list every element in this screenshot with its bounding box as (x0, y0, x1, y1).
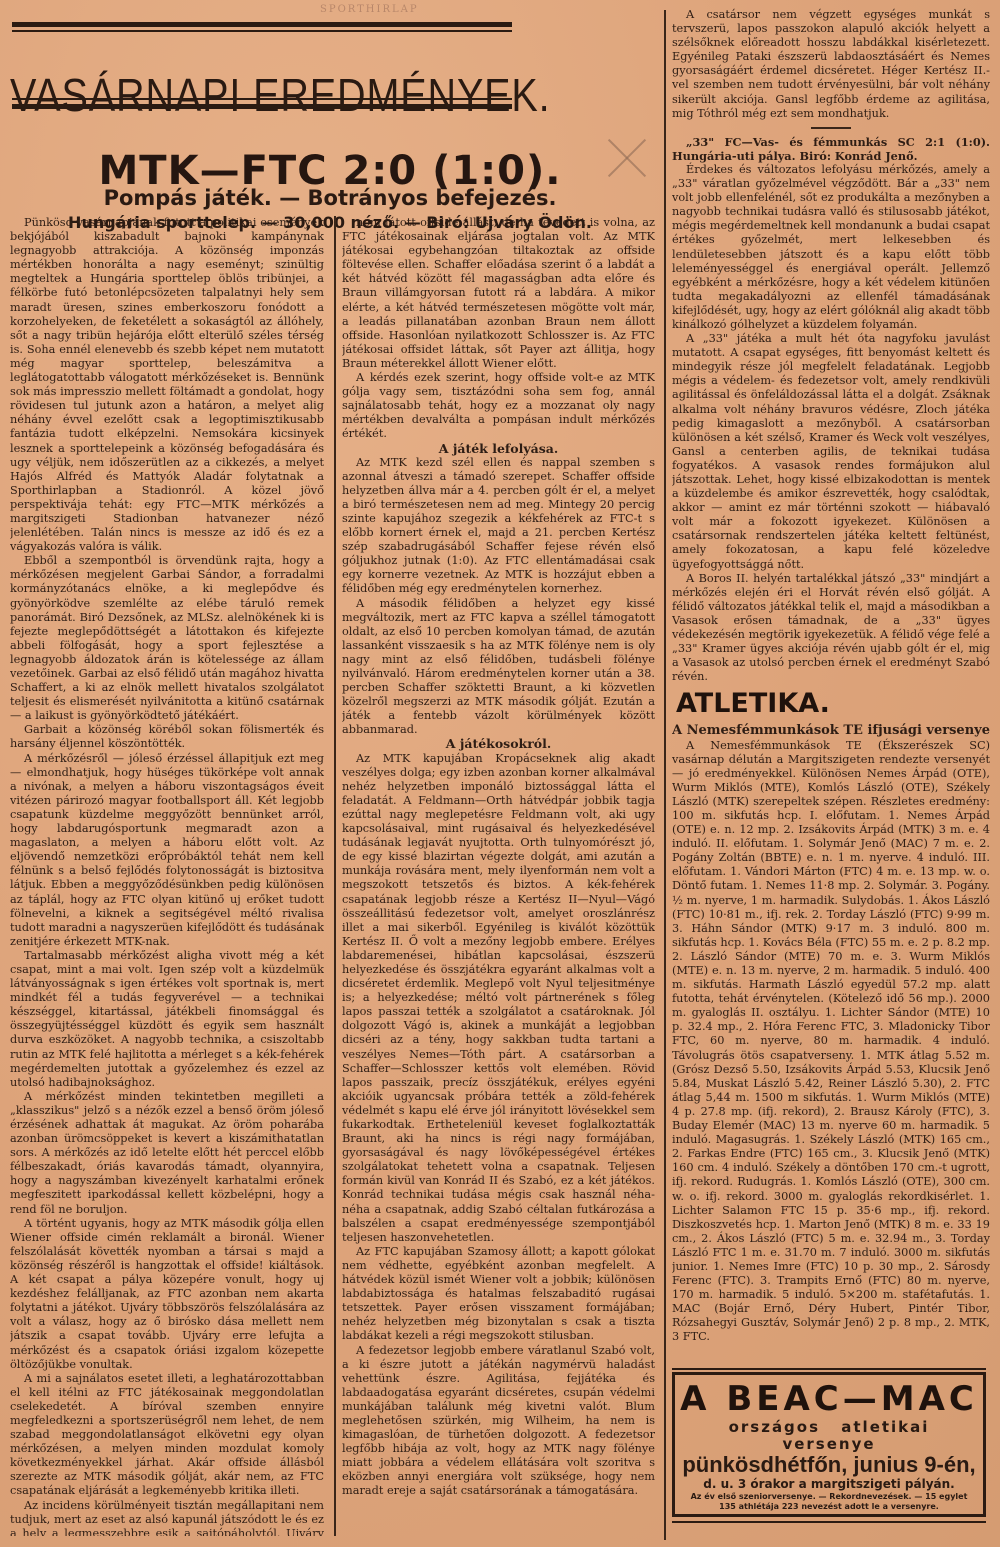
match-subheadline: Pompás játék. — Botrányos befejezés. (0, 186, 660, 210)
ad-rule-top (672, 1368, 986, 1370)
ad-fine-print: Az év első szeniorversenye. — Rekordneve… (675, 1492, 983, 1512)
paragraph: A történt ugyanis, hogy az MTK második g… (10, 1217, 324, 1372)
paragraph: A csatársor nem végzett egységes munkát … (672, 8, 990, 121)
article-column-1: Pünkösd vasárnapjának futott a politikai… (10, 216, 324, 1536)
title-rule-bottom-thin (12, 98, 512, 100)
athletics-subtitle: A Nemesfémmunkások TE ifjusági versenye (672, 724, 990, 738)
paragraph: Érdekes és változatos lefolyásu mérkőzés… (672, 163, 990, 332)
ad-line-1: országos atletikai versenye (675, 1419, 983, 1453)
paragraph: A mérkőzésről — jóleső érzéssel állapitj… (10, 752, 324, 949)
paragraph: Az FTC kapujában Szamosy állott; a kapot… (342, 1245, 655, 1344)
paragraph: A kérdés ezek szerint, hogy offside volt… (342, 371, 655, 441)
paragraph: A „33" játéka a mult hét óta nagyfoku ja… (672, 332, 990, 572)
article-column-2: nem látott offside állást, de ha tévedet… (342, 216, 655, 1536)
match2-heading: „33" FC—Vas- és fémmunkás SC 2:1 (1:0). … (672, 135, 990, 163)
title-rule-bottom-thick (12, 104, 512, 109)
athletics-section-title: ATLETIKA. (676, 688, 990, 720)
paragraph: Pünkösd vasárnapjának futott a politikai… (10, 216, 324, 554)
ad-rule-bottom (672, 1521, 986, 1523)
paragraph: A mi a sajnálatos esetet illeti, a legha… (10, 1372, 324, 1499)
paragraph: A mérkőzést minden tekintetben megilleti… (10, 1090, 324, 1217)
paragraph: Az MTK kezd szél ellen és nappal szemben… (342, 456, 655, 597)
paragraph: Ebből a szempontból is örvendünk rajta, … (10, 554, 324, 723)
ad-title: A BEAC—MAC (675, 1379, 983, 1419)
page-title: VASÁRNAPI EREDMÉNYEK. (10, 69, 444, 121)
section-divider (811, 127, 851, 129)
paragraph: Az MTK kapujában Kropácseknek alig akadt… (342, 752, 655, 1245)
faint-masthead-text: SPORTHIRLAP (320, 4, 480, 18)
paragraph: A fedezetsor legjobb embere váratlanul S… (342, 1344, 655, 1499)
column-divider-1 (334, 216, 336, 1536)
title-rule-top-thin (12, 30, 512, 32)
section-heading-players: A játékosokról. (342, 737, 655, 751)
article-column-3: A csatársor nem végzett egységes munkát … (672, 8, 990, 1348)
paragraph: A Boros II. helyén tartalékkal játszó „3… (672, 572, 990, 685)
section-heading-game-course: A játék lefolyása. (342, 442, 655, 456)
paragraph: Az incidens körülményeit tisztán megálla… (10, 1499, 324, 1536)
ad-line-2: pünkösdhétfőn, junius 9-én, (675, 1453, 983, 1477)
advertisement-box: A BEAC—MAC országos atletikai versenye p… (672, 1372, 986, 1517)
paragraph: A második félidőben a helyzet egy kissé … (342, 597, 655, 738)
paragraph: Tartalmasabb mérkőzést aligha vivott még… (10, 949, 324, 1090)
newspaper-page: SPORTHIRLAP VASÁRNAPI EREDMÉNYEK. MTK—FT… (0, 0, 1000, 1547)
athletics-results: A Nemesfémmunkások TE (Ékszerészek SC) v… (672, 739, 990, 1345)
ad-line-3: d. u. 3 órakor a margitszigeti pályán. (675, 1477, 983, 1492)
pencil-cross-mark-icon (606, 136, 650, 180)
column-divider-2 (664, 10, 666, 1540)
paragraph: nem látott offside állást, de ha tévedet… (342, 216, 655, 371)
title-rule-top-thick (12, 22, 512, 27)
paragraph: Garbait a közönség köréből sokan fölisme… (10, 723, 324, 751)
